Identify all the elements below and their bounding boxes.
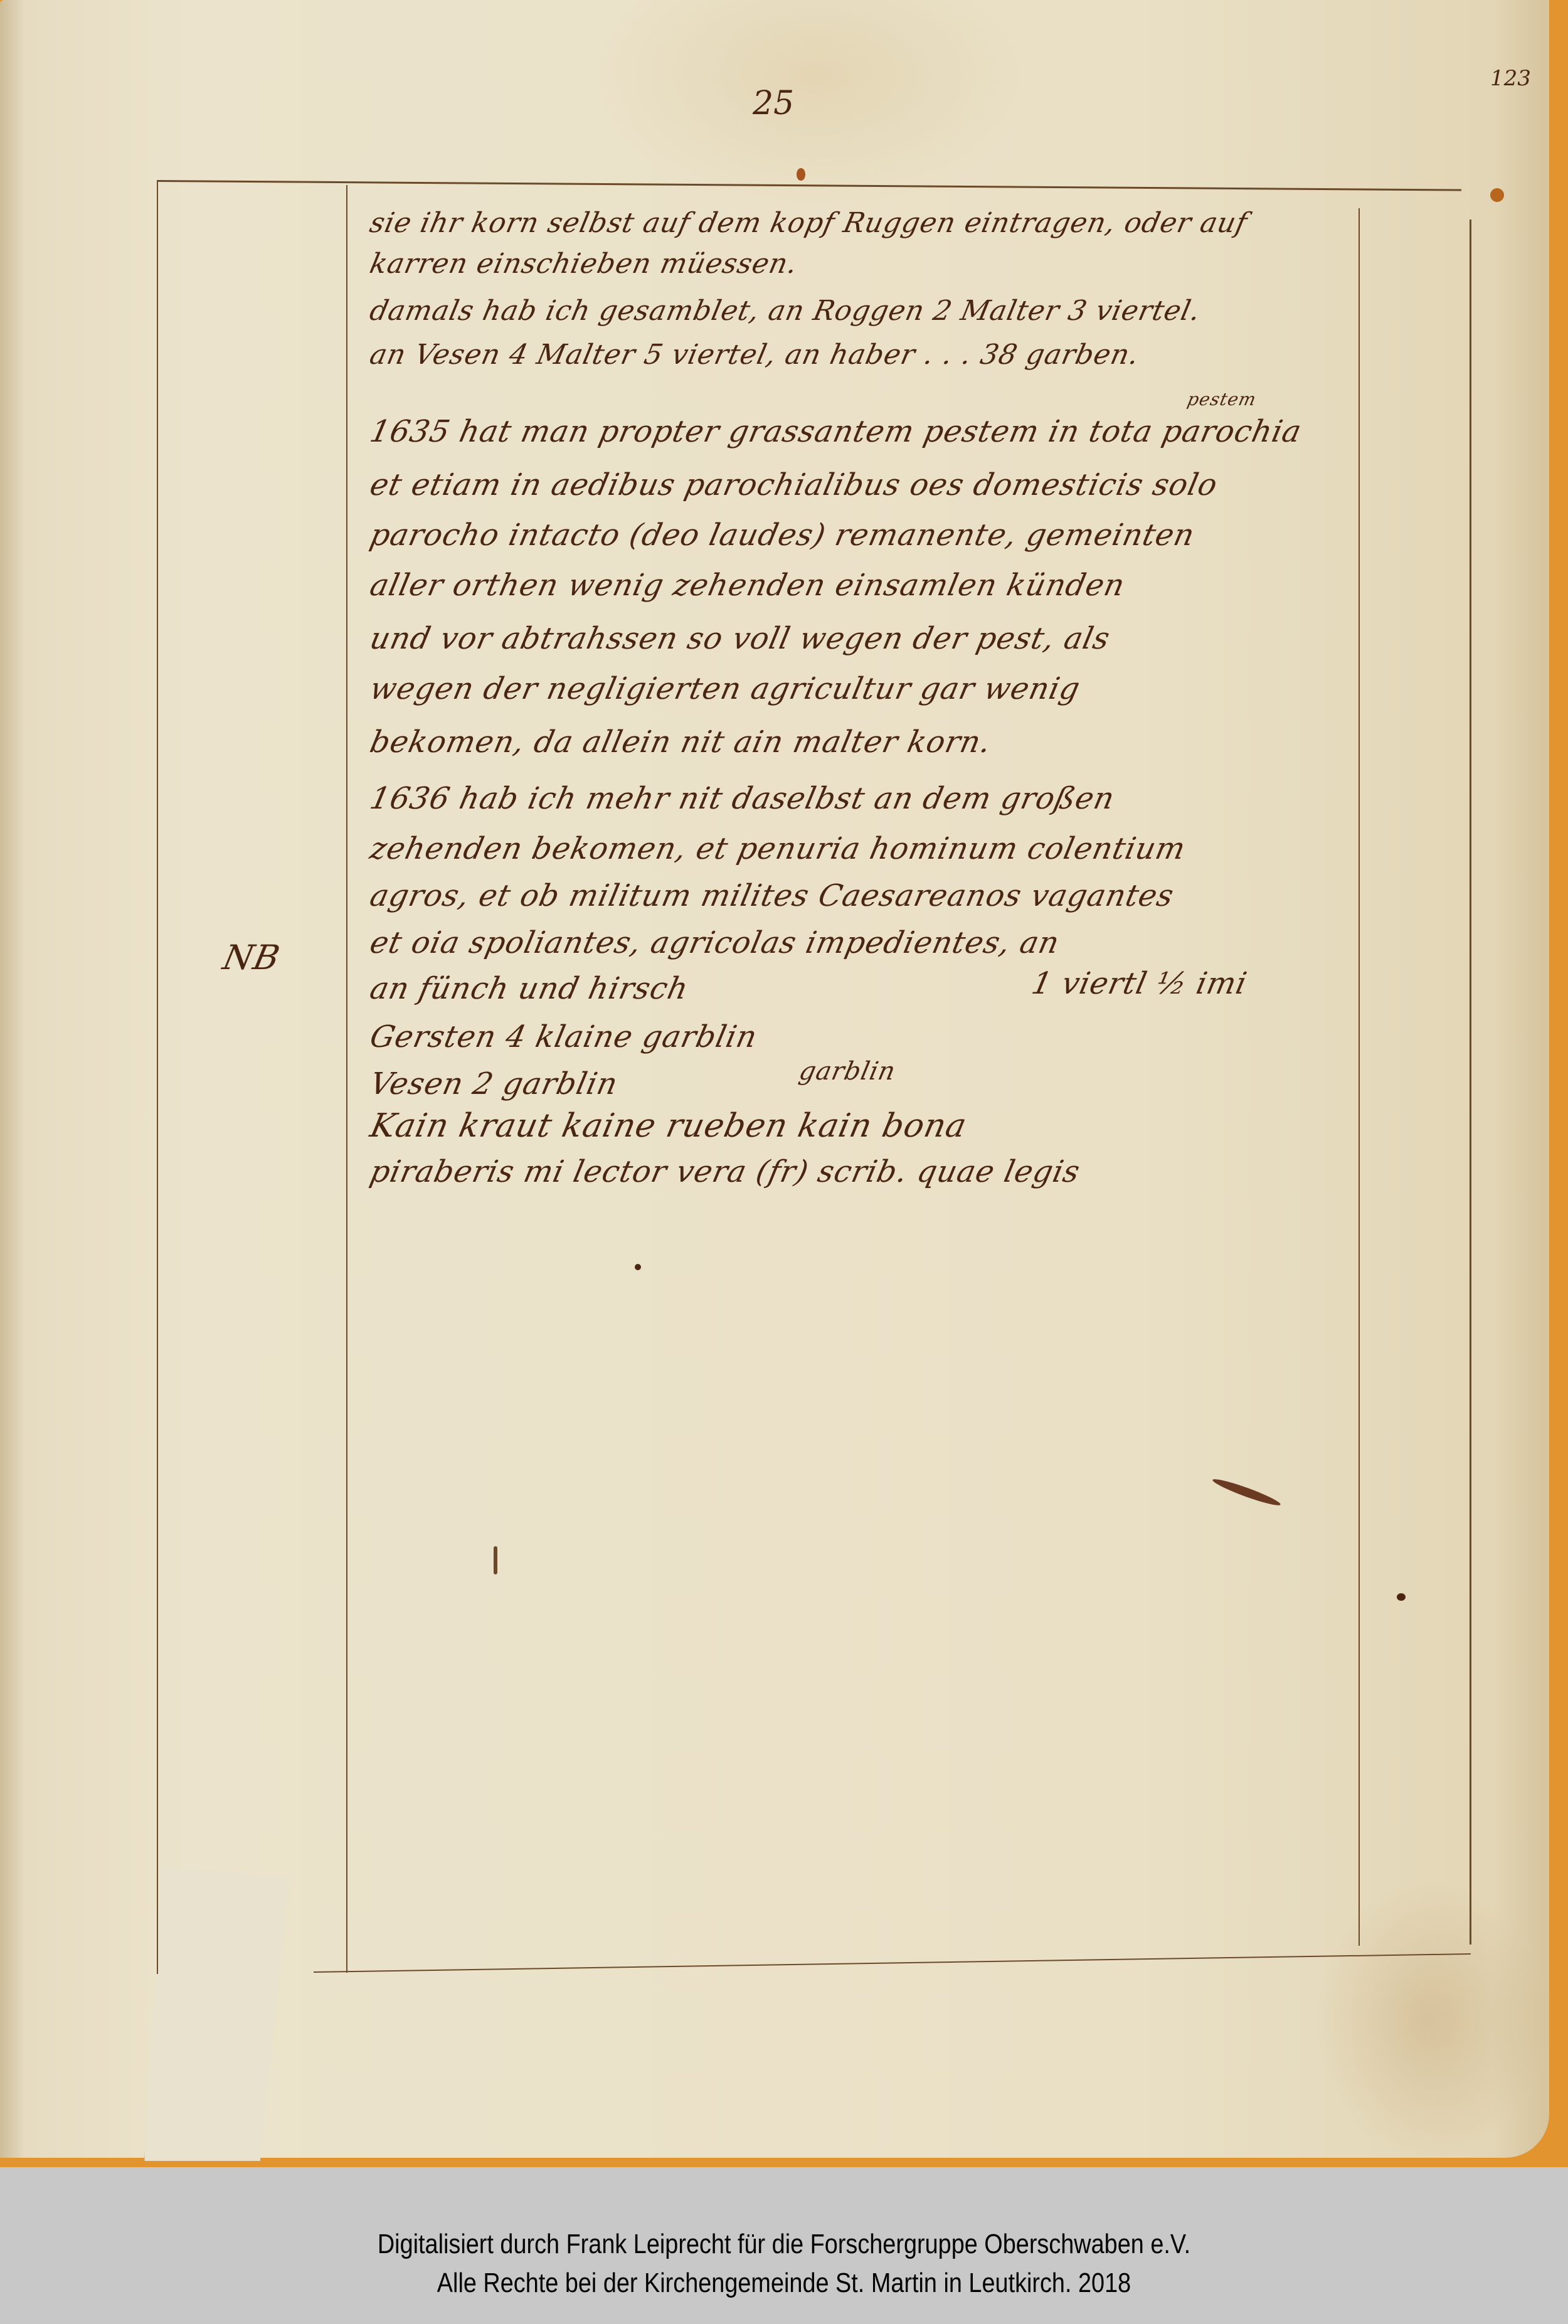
frame-top-rule	[157, 180, 1461, 191]
text-line-5: 1635 hat man propter grassantem pestem i…	[367, 414, 1305, 449]
frame-bottom-rule	[314, 1953, 1471, 1973]
interlinear-pestem: pestem	[1185, 389, 1258, 410]
page-number: 25	[753, 85, 794, 122]
text-line-11: bekomen, da allein nit ain malter korn.	[367, 724, 995, 760]
text-line-12: 1636 hab ich mehr nit daselbst an dem gr…	[367, 781, 1118, 816]
text-line-14: agros, et ob militum milites Caesareanos…	[367, 878, 1177, 913]
frame-outer-left-rule	[157, 180, 158, 1974]
text-line-6: et etiam in aedibus parochialibus oes do…	[367, 467, 1221, 502]
paper-repair-patch	[144, 1866, 289, 2161]
ink-mark	[494, 1546, 497, 1574]
ink-stain	[797, 168, 805, 181]
text-line-10: wegen der negligierten agricultur gar we…	[367, 671, 1083, 706]
text-line-1: sie ihr korn selbst auf dem kopf Ruggen …	[367, 207, 1251, 239]
text-line-13: zehenden bekomen, et penuria hominum col…	[367, 831, 1189, 866]
ink-blot	[1211, 1476, 1282, 1509]
frame-text-left-rule	[346, 185, 347, 1973]
footer-line-2: Alle Rechte bei der Kirchengemeinde St. …	[110, 2268, 1458, 2299]
margin-note: NB	[220, 938, 283, 977]
copyright-footer: Digitalisiert durch Frank Leiprecht für …	[0, 2167, 1568, 2324]
manuscript-page: 25 123 NB sie ihr korn selbst auf dem ko…	[0, 0, 1549, 2158]
right-column-entry: 1 viertl ½ imi	[1029, 966, 1250, 1001]
text-line-7: parocho intacto (deo laudes) remanente, …	[367, 517, 1198, 553]
ink-dot	[1397, 1593, 1406, 1601]
ink-stain	[1490, 188, 1504, 202]
text-line-17: Gersten 4 klaine garblin	[367, 1019, 761, 1054]
text-line-18: Vesen 2 garblin	[367, 1066, 621, 1101]
interlinear-garblin: garblin	[797, 1057, 898, 1086]
text-line-19: Kain kraut kaine rueben kain bona	[367, 1107, 970, 1145]
frame-text-right-rule	[1359, 208, 1360, 1946]
text-line-3: damals hab ich gesamblet, an Roggen 2 Ma…	[367, 295, 1204, 327]
text-line-2: karren einschieben müessen.	[367, 248, 800, 280]
text-line-15: et oia spoliantes, agricolas impedientes…	[367, 925, 1062, 960]
text-line-16: an fünch und hirsch	[367, 971, 692, 1006]
frame-outer-right-rule	[1470, 220, 1471, 1945]
text-line-8: aller orthen wenig zehenden einsamlen kü…	[367, 568, 1128, 603]
ink-dot	[635, 1264, 641, 1270]
folio-number: 123	[1490, 66, 1531, 91]
text-line-4: an Vesen 4 Malter 5 viertel, an haber . …	[367, 339, 1142, 371]
text-line-20: piraberis mi lector vera (fr) scrib. qua…	[367, 1154, 1083, 1189]
text-line-9: und vor abtrahssen so voll wegen der pes…	[367, 621, 1113, 656]
footer-line-1: Digitalisiert durch Frank Leiprecht für …	[110, 2229, 1458, 2260]
